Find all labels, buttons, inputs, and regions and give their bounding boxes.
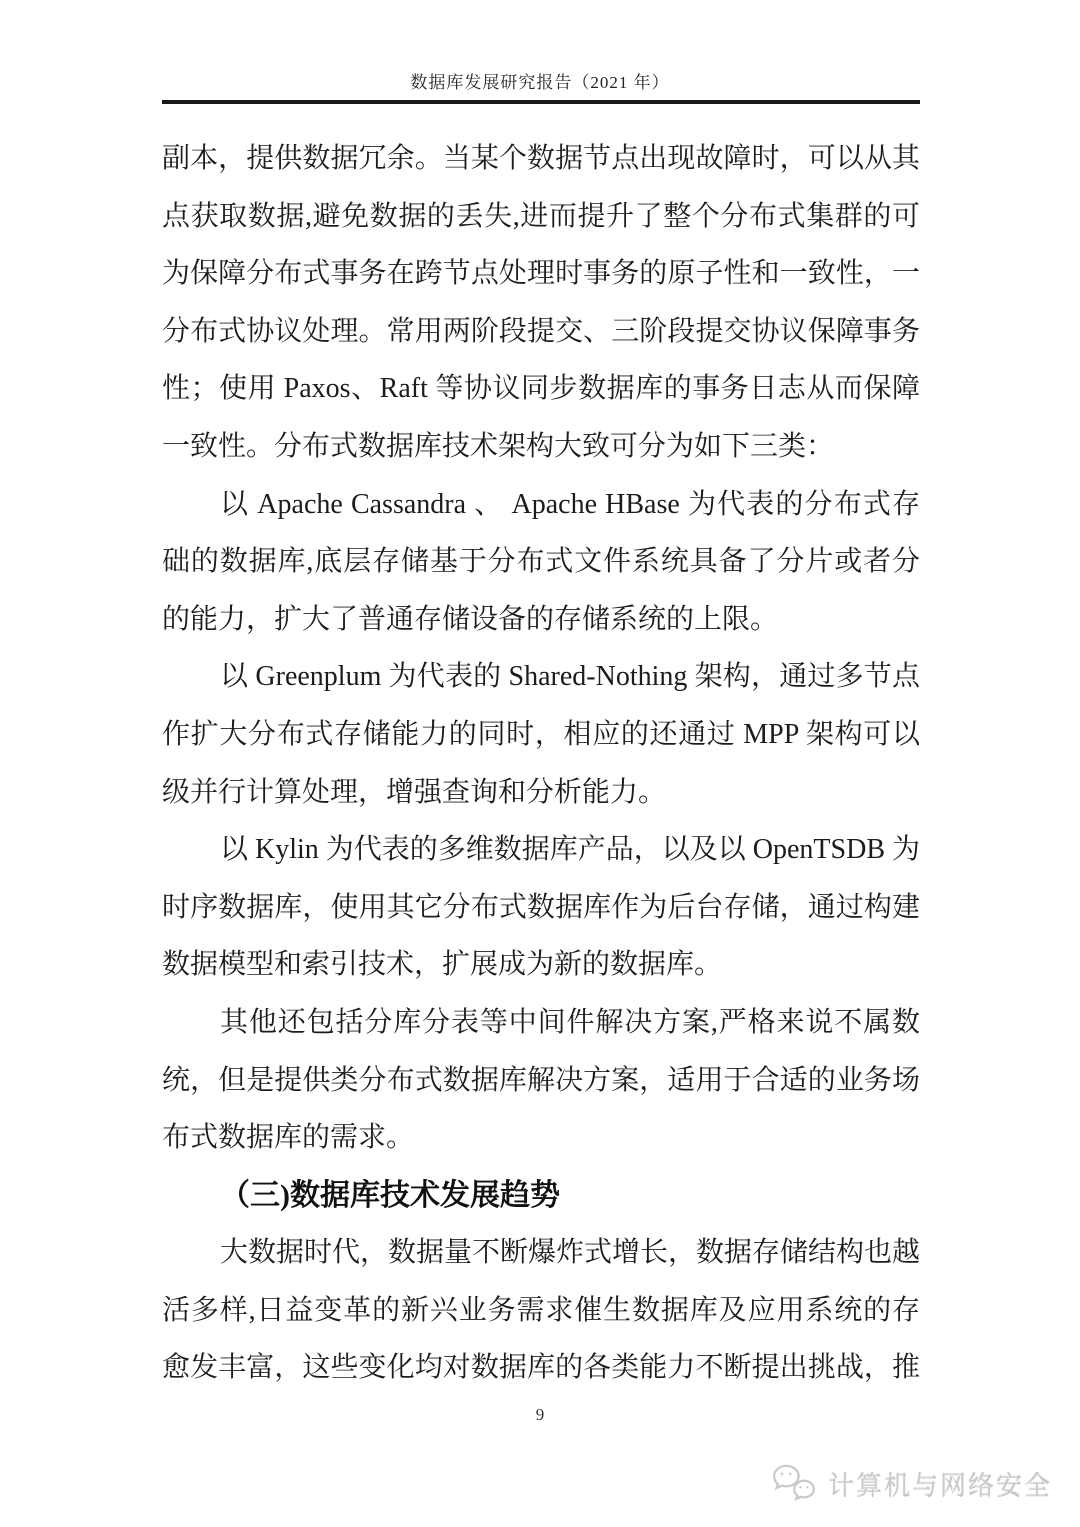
paragraph-line: 大数据时代，数据量不断爆炸式增长，数据存储结构也越来越灵 [162, 1224, 920, 1282]
paragraph-line: 作扩大分布式存储能力的同时，相应的还通过 MPP 架构可以支持多 [162, 706, 920, 764]
running-header-title: 数据库发展研究报告（2021 年） [0, 68, 1080, 93]
paragraph-line: 布式数据库的需求。 [162, 1109, 920, 1167]
watermark-text: 计算机与网络安全 [828, 1466, 1052, 1503]
paragraph-line: 以 Kylin 为代表的多维数据库产品，以及以 OpenTSDB 为代表的 [162, 821, 920, 879]
section-heading: （三)数据库技术发展趋势 [162, 1167, 920, 1225]
paragraph-line: 愈发丰富，这些变化均对数据库的各类能力不断提出挑战，推动数据 [162, 1339, 920, 1397]
paragraph-line: 分布式协议处理。常用两阶段提交、三阶段提交协议保障事务的原子 [162, 303, 920, 361]
paragraph-line: 的能力，扩大了普通存储设备的存储系统的上限。 [162, 591, 920, 649]
header-rule [162, 100, 920, 104]
document-body: 副本，提供数据冗余。当某个数据节点出现故障时，可以从其副本节 点获取数据,避免数… [162, 130, 920, 1397]
paragraph-line: 其他还包括分库分表等中间件解决方案,严格来说不属数据库系 [162, 994, 920, 1052]
paragraph-line: 活多样,日益变革的新兴业务需求催生数据库及应用系统的存在形式 [162, 1282, 920, 1340]
paragraph-line: 级并行计算处理，增强查询和分析能力。 [162, 764, 920, 822]
paragraph-line: 础的数据库,底层存储基于分布式文件系统具备了分片或者分区存储 [162, 533, 920, 591]
paragraph-line: 性；使用 Paxos、Raft 等协议同步数据库的事务日志从而保障事务的 [162, 360, 920, 418]
paragraph-line: 为保障分布式事务在跨节点处理时事务的原子性和一致性，一般使用 [162, 245, 920, 303]
document-page: 数据库发展研究报告（2021 年） 副本，提供数据冗余。当某个数据节点出现故障时… [0, 0, 1080, 1527]
paragraph-line: 一致性。分布式数据库技术架构大致可分为如下三类： [162, 418, 920, 476]
paragraph-line: 数据模型和索引技术，扩展成为新的数据库。 [162, 936, 920, 994]
wechat-icon [770, 1460, 818, 1508]
page-number: 9 [0, 1405, 1080, 1425]
paragraph-line: 时序数据库，使用其它分布式数据库作为后台存储，通过构建相应的 [162, 879, 920, 937]
paragraph-line: 以 Greenplum 为代表的 Shared-Nothing 架构，通过多节点… [162, 648, 920, 706]
paragraph-line: 副本，提供数据冗余。当某个数据节点出现故障时，可以从其副本节 [162, 130, 920, 188]
paragraph-line: 统，但是提供类分布式数据库解决方案，适用于合适的业务场景对分 [162, 1052, 920, 1110]
paragraph-line: 点获取数据,避免数据的丢失,进而提升了整个分布式集群的可靠性。 [162, 188, 920, 246]
paragraph-line: 以 Apache Cassandra 、 Apache HBase 为代表的分布… [162, 476, 920, 534]
watermark: 计算机与网络安全 [770, 1460, 1052, 1508]
